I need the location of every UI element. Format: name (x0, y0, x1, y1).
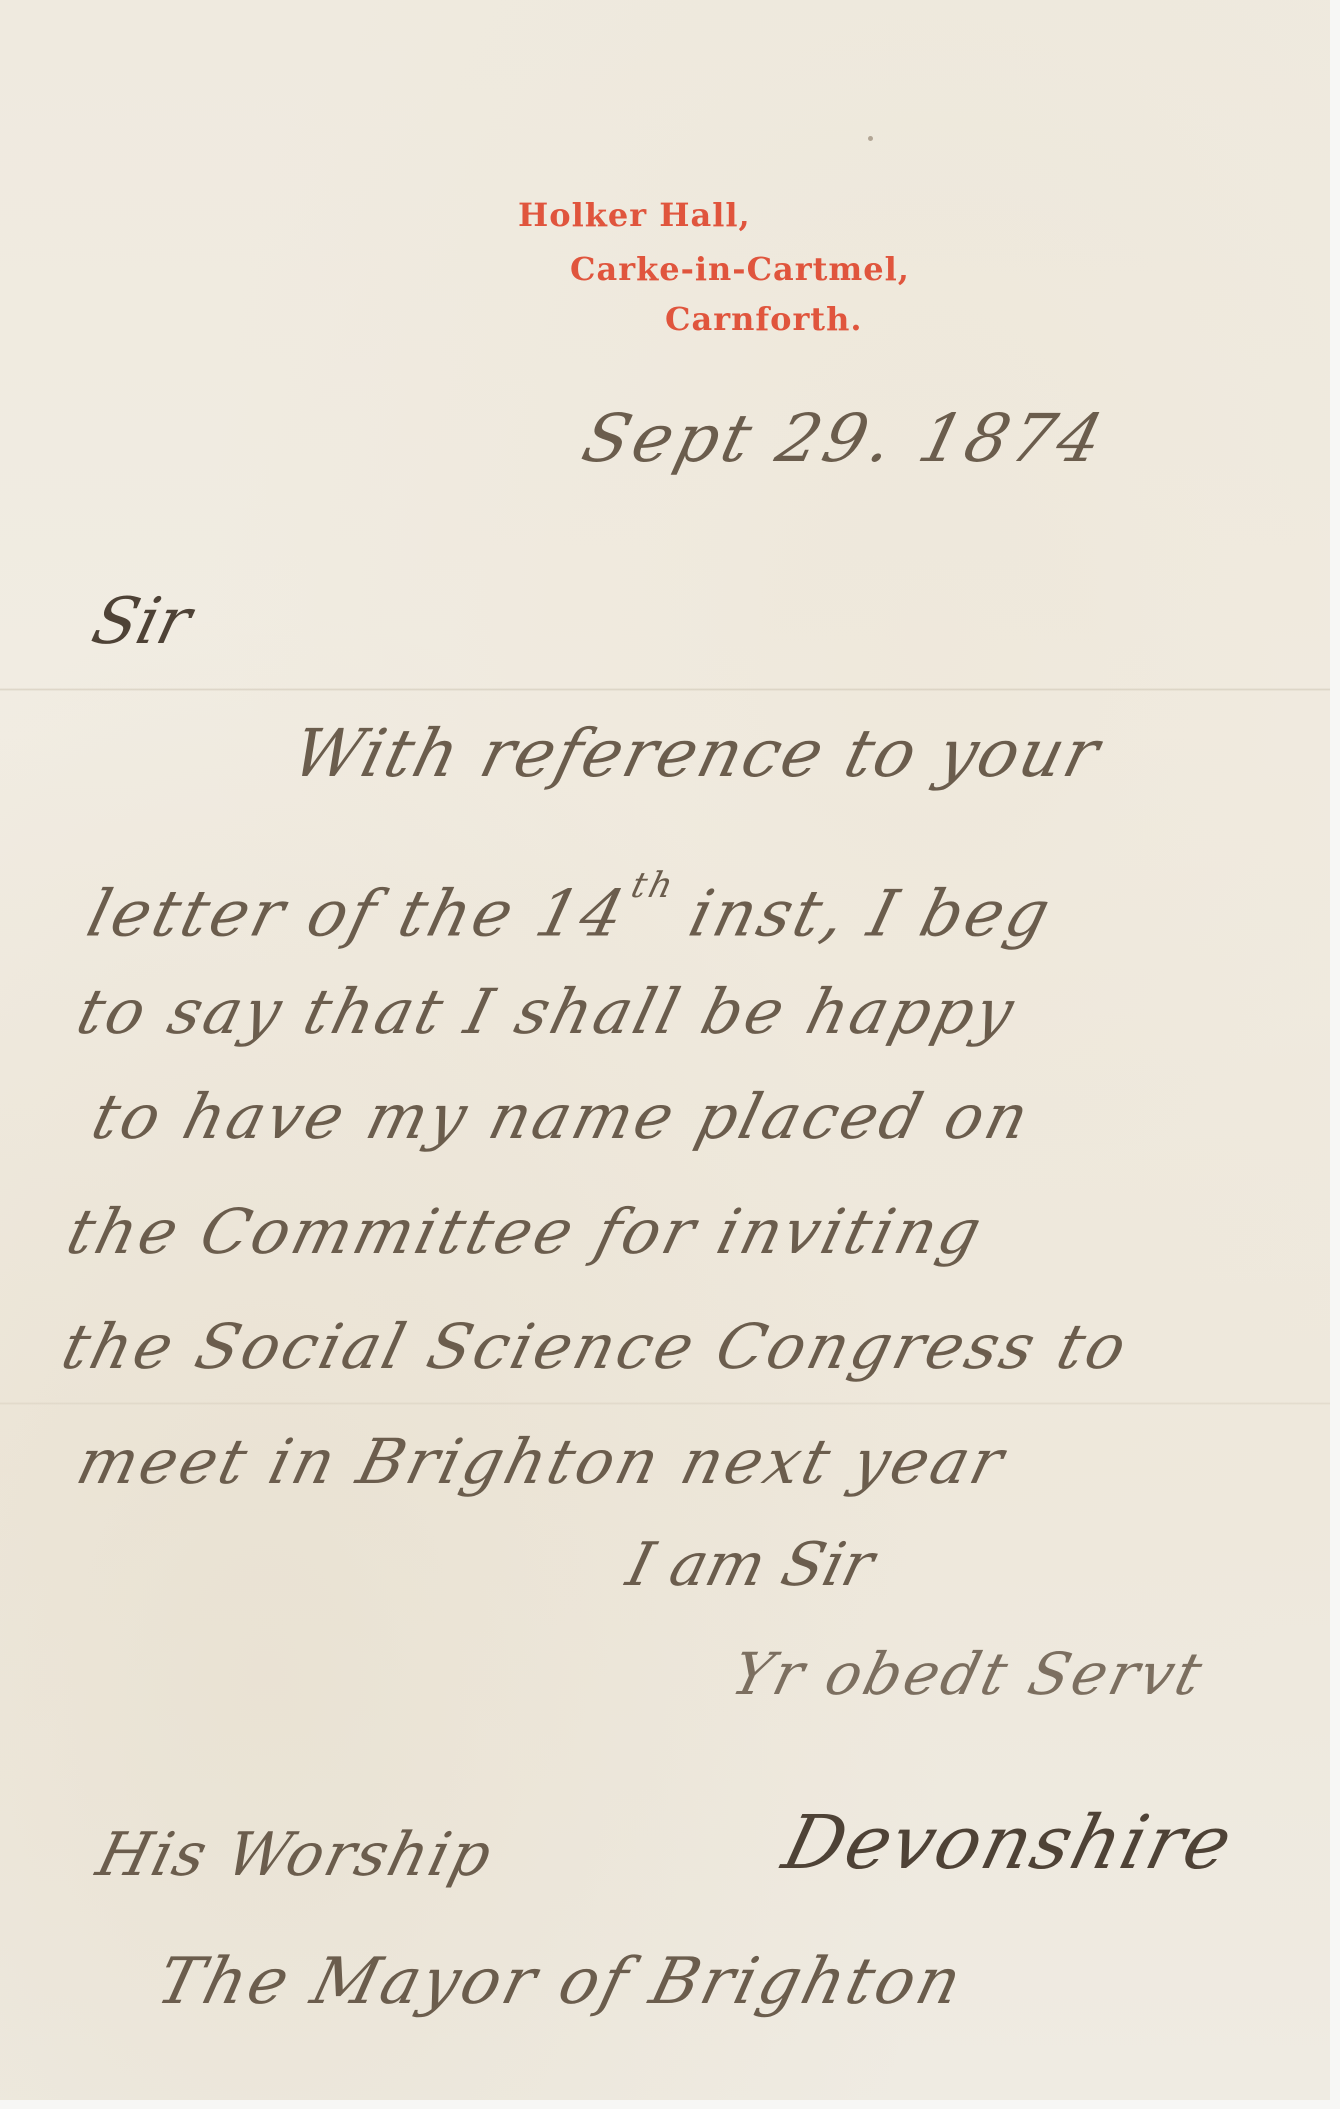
paper-blemish (868, 136, 873, 141)
body-line-3: to say that I shall be happy (70, 975, 1024, 1048)
paper-fold-line (0, 688, 1330, 691)
body-line-2-cont: inst, I beg (682, 878, 1060, 952)
body-line-7: meet in Brighton next year (70, 1425, 1014, 1498)
scan-margin-bottom (0, 2100, 1340, 2109)
letterhead-line-3: Carnforth. (665, 300, 862, 338)
body-line-2-text: letter of the 14 (80, 878, 634, 952)
body-line-4: to have my name placed on (85, 1080, 1039, 1153)
body-line-6: the Social Science Congress to (55, 1310, 1136, 1383)
ordinal-suffix: th (627, 865, 680, 906)
body-line-2: letter of the 14th inst, I beg (80, 865, 1063, 952)
letterhead-line-1: Holker Hall, (518, 196, 751, 234)
letter-date: Sept 29. 1874 (575, 400, 1114, 477)
body-line-5: the Committee for inviting (60, 1195, 991, 1268)
valediction: Yr obedt Servt (725, 1640, 1212, 1708)
letterhead-line-2: Carke-in-Cartmel, (570, 250, 910, 288)
scan-margin-right (1330, 0, 1340, 2109)
addressee-line-2: The Mayor of Brighton (150, 1945, 971, 2019)
body-line-1: With reference to your (285, 715, 1109, 792)
closing: I am Sir (620, 1530, 881, 1600)
addressee-line-1: His Worship (90, 1820, 500, 1890)
salutation: Sir (85, 585, 198, 659)
signature: Devonshire (775, 1800, 1242, 1886)
paper-fold-line (0, 1402, 1330, 1405)
